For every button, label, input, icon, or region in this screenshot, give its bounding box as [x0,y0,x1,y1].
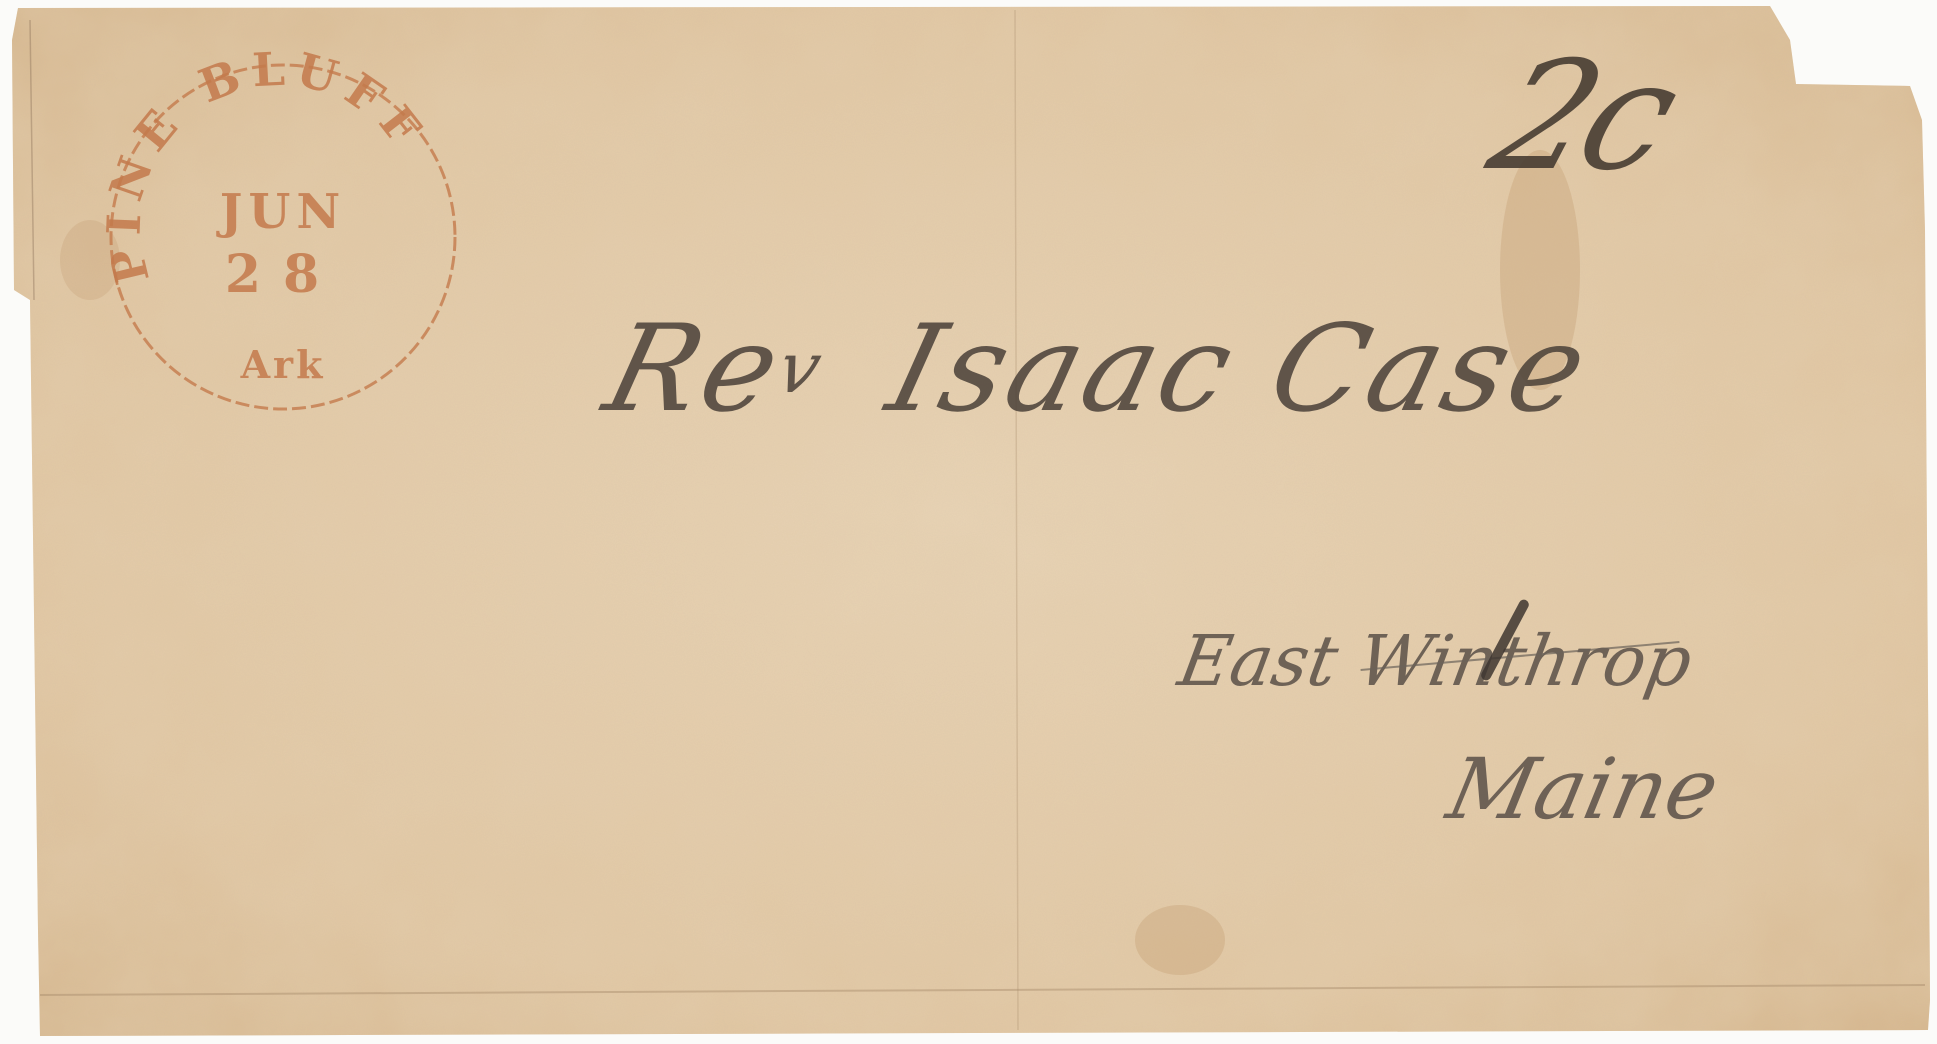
address-state: Maine [1440,740,1728,838]
postmark-day: 28 [225,244,341,305]
postmark-state: Ark [240,342,326,387]
postmark: PINE BLUFF JUN 28 Ark [100,58,466,416]
addressee-title: Re [593,300,797,439]
addressee-line: RevIsaac Case [593,300,1604,439]
address-town: East Winthrop [1173,620,1698,702]
postmark-month: JUN [216,184,346,240]
addressee-name: Isaac Case [876,300,1604,439]
